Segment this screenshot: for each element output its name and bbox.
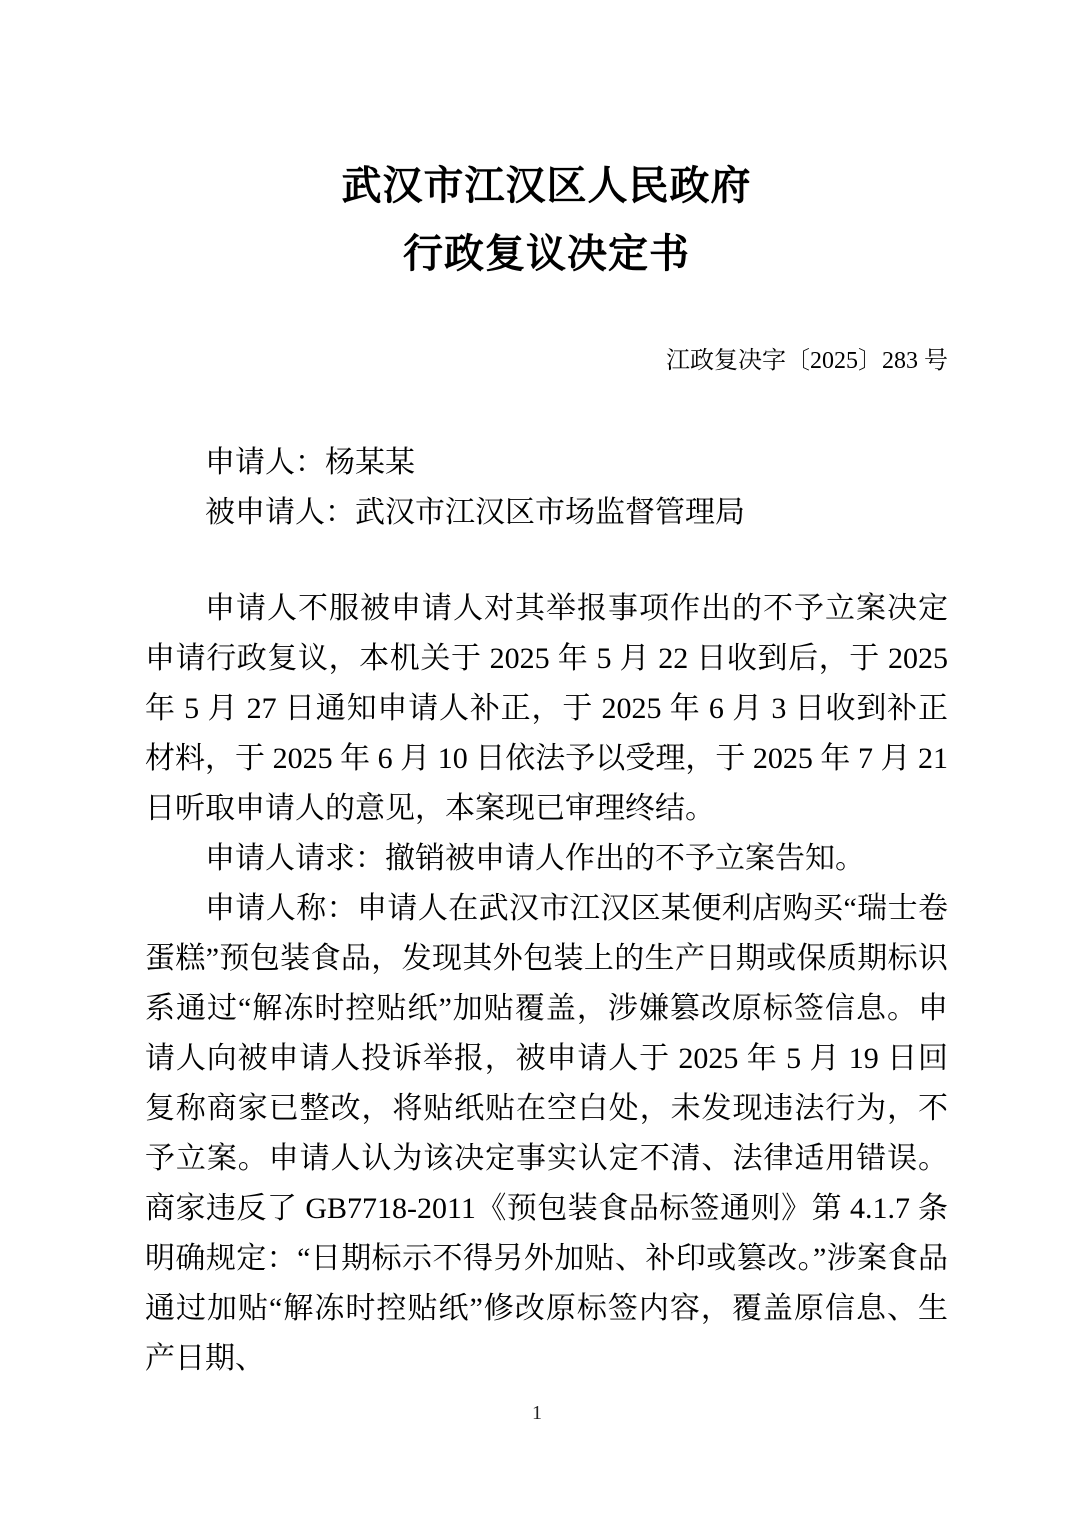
applicant-line: 申请人：杨某某	[145, 438, 948, 488]
paragraph-request: 申请人请求：撤销被申请人作出的不予立案告知。	[145, 834, 948, 884]
document-body: 申请人不服被申请人对其举报事项作出的不予立案决定申请行政复议，本机关于 2025…	[145, 584, 948, 1384]
title-line-1: 武汉市江汉区人民政府	[145, 152, 948, 220]
paragraph-procedure: 申请人不服被申请人对其举报事项作出的不予立案决定申请行政复议，本机关于 2025…	[145, 584, 948, 834]
parties-block: 申请人：杨某某 被申请人：武汉市江汉区市场监督管理局	[145, 438, 948, 538]
document-page: 武汉市江汉区人民政府 行政复议决定书 江政复决字〔2025〕283 号 申请人：…	[0, 0, 1074, 1520]
title-line-2: 行政复议决定书	[145, 220, 948, 288]
page-number: 1	[0, 1400, 1074, 1426]
document-title: 武汉市江汉区人民政府 行政复议决定书	[145, 152, 948, 288]
respondent-line: 被申请人：武汉市江汉区市场监督管理局	[145, 488, 948, 538]
doc-number: 江政复决字〔2025〕283 号	[145, 344, 948, 378]
paragraph-claim: 申请人称：申请人在武汉市江汉区某便利店购买“瑞士卷蛋糕”预包装食品，发现其外包装…	[145, 884, 948, 1384]
